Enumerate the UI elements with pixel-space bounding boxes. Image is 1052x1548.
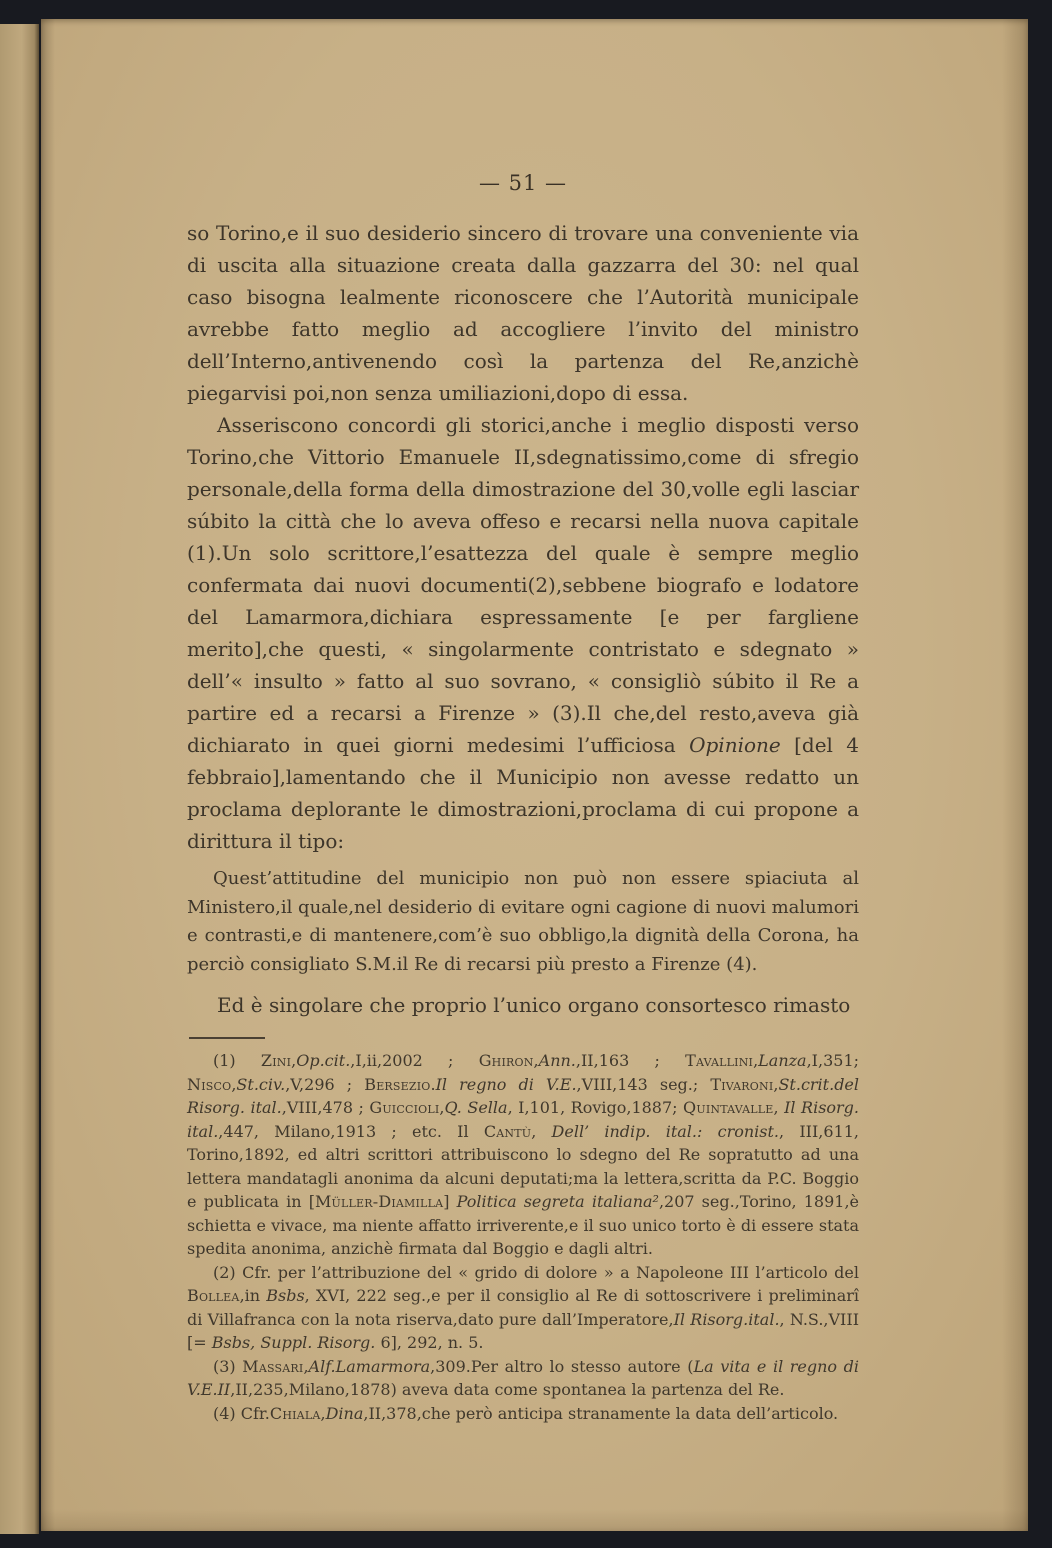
- footnote: (1) Zini,Op.cit.,I,ii,2002 ; Ghiron,Ann.…: [187, 1049, 859, 1261]
- footnote-separator-rule: [189, 1037, 265, 1039]
- page-number: — 51 —: [187, 171, 859, 195]
- photo-backdrop: — 51 — so Torino,e il suo desiderio sinc…: [0, 0, 1052, 1548]
- paragraph: so Torino,e il suo desiderio sincero di …: [187, 217, 859, 409]
- paragraph: Quest’attitudine del municipio non può n…: [187, 865, 859, 979]
- footnote: (4) Cfr.Chiala,Dina,II,378,che però anti…: [187, 1402, 859, 1426]
- previous-page-edge: [0, 24, 39, 1534]
- footnote: (2) Cfr. per l’attribuzione del « grido …: [187, 1261, 859, 1355]
- paragraph: Asseriscono concordi gli storici,anche i…: [187, 409, 859, 857]
- body-text: so Torino,e il suo desiderio sincero di …: [187, 217, 859, 1021]
- paragraph: Ed è singolare che proprio l’unico organ…: [187, 989, 859, 1021]
- footnotes: (1) Zini,Op.cit.,I,ii,2002 ; Ghiron,Ann.…: [187, 1049, 859, 1425]
- text-column: — 51 — so Torino,e il suo desiderio sinc…: [187, 171, 859, 1425]
- book-page: — 51 — so Torino,e il suo desiderio sinc…: [41, 19, 1028, 1531]
- scanned-book-photo: { "colors": { "backdrop": "#181a20", "pa…: [0, 0, 1052, 1548]
- footnote: (3) Massari,Alf.Lamarmora,309.Per altro …: [187, 1355, 859, 1402]
